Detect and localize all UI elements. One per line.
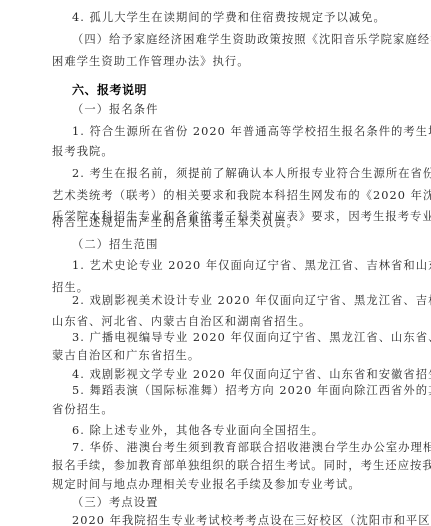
text-line: 6. 除上述专业外，其他各专业面向全国招生。 — [72, 424, 324, 438]
text-line: 规定时间与地点办理相关专业报名手续及参加专业考试。 — [52, 478, 361, 492]
text-line: 2020 年我院招生专业考试校考考点设在三好校区（沈阳市和平区三好 — [72, 514, 431, 526]
text-line: 2. 考生在报名前，须提前了解确认本人所报专业符合生源所在省份对 — [72, 167, 431, 181]
subsection-heading: （二）招生范围 — [72, 238, 158, 252]
text-line: 困难学生资助工作管理办法》执行。 — [52, 55, 250, 69]
text-line: 省份招生。 — [52, 403, 114, 417]
text-line: 艺术类统考（联考）的相关要求和我院本科招生网发布的《2020 年沈阳音 — [52, 189, 431, 203]
text-line: 山东省、河北省、内蒙古自治区和湖南省招生。 — [52, 315, 311, 329]
section-heading: 六、报考说明 — [72, 83, 147, 97]
text-line: 1. 符合生源所在省份 2020 年普通高等学校招生报名条件的考生均可 — [72, 125, 431, 139]
document-page: 4. 孤儿大学生在读期间的学费和住宿费按规定予以减免。 （四）给予家庭经济困难学… — [0, 0, 431, 526]
subsection-heading: （一）报名条件 — [72, 103, 158, 117]
text-line: （四）给予家庭经济困难学生资助政策按照《沈阳音乐学院家庭经济 — [72, 33, 431, 47]
text-line: 3. 广播电视编导专业 2020 年仅面向辽宁省、黑龙江省、山东省、内 — [72, 331, 431, 345]
subsection-heading: （三）考点设置 — [72, 496, 158, 510]
text-line: 7. 华侨、港澳台考生须到教育部联合招收港澳台学生办公室办理相关 — [72, 441, 431, 455]
text-line: 1. 艺术史论专业 2020 年仅面向辽宁省、黑龙江省、吉林省和山东省 — [72, 259, 431, 273]
text-line: 5. 舞蹈表演（国际标准舞）招考方向 2020 年面向除江西省外的其他 — [72, 384, 431, 398]
text-line: 4. 戏剧影视文学专业 2020 年仅面向辽宁省、山东省和安徽省招生。 — [72, 368, 431, 382]
text-line: 符合上述规定而产生的后果由考生本人负责。 — [52, 216, 299, 230]
text-line: 蒙古自治区和广东省招生。 — [52, 349, 200, 363]
text-line: 报名手续，参加教育部单独组织的联合招生考试。同时，考生还应按我院 — [52, 459, 431, 473]
text-line: 4. 孤儿大学生在读期间的学费和住宿费按规定予以减免。 — [72, 11, 386, 25]
text-line: 2. 戏剧影视美术设计专业 2020 年仅面向辽宁省、黑龙江省、吉林省、 — [72, 294, 431, 308]
text-line: 报考我院。 — [52, 145, 114, 159]
text-line: 招生。 — [52, 281, 89, 295]
